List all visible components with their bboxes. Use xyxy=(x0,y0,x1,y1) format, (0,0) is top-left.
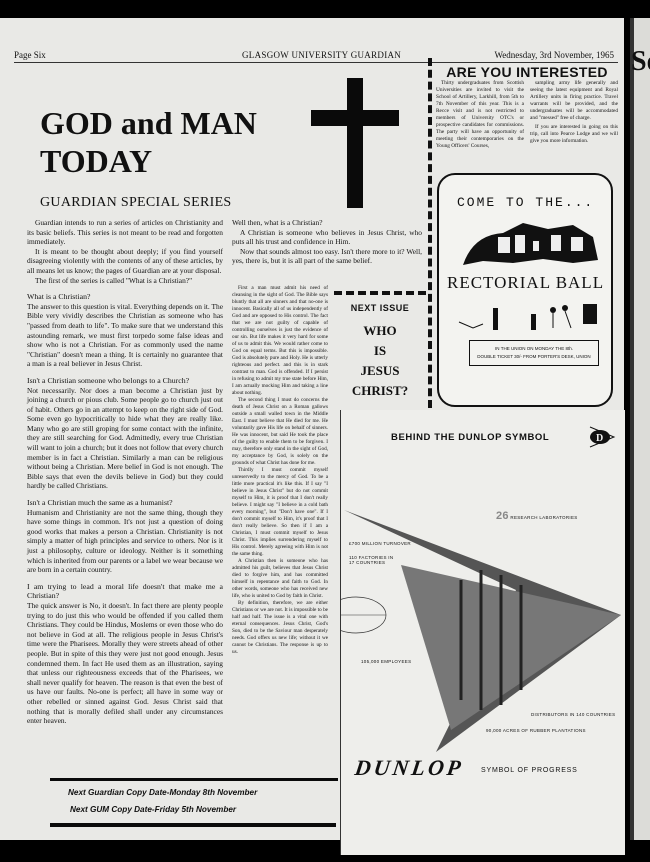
next-issue-line: JESUS xyxy=(334,361,426,381)
cross-icon xyxy=(347,78,363,208)
svg-text:D: D xyxy=(596,433,603,444)
building-illustration-icon xyxy=(453,215,603,273)
section-body: Now that sounds almost too easy. Isn't t… xyxy=(232,247,422,266)
ad-info-line: DOUBLE TICKET 30/- FROM PORTER'S DESK, U… xyxy=(473,353,595,361)
dunlop-stat-factories: 110 FACTORIES IN 17 COUNTRIES xyxy=(349,555,399,565)
dunlop-logo-icon: D xyxy=(588,425,616,449)
adjacent-page-edge: So xyxy=(630,18,650,840)
ad-headline: COME TO THE... xyxy=(457,195,594,210)
section-body: A Christian is someone who believes in J… xyxy=(232,228,422,247)
next-issue-line: WHO xyxy=(334,321,426,341)
next-issue-box: NEXT ISSUE WHO IS JESUS CHRIST? xyxy=(334,291,426,413)
dunlop-stat-research: 26 RESEARCH LABORATORIES xyxy=(496,510,578,522)
intro-paragraph: It is meant to be thought about deeply; … xyxy=(27,247,223,276)
section-heading: Isn't a Christian much the same as a hum… xyxy=(27,498,223,508)
body-paragraph: By definition, therefore, we are either … xyxy=(232,600,328,656)
section-body: The quick answer is No, it doesn't. In f… xyxy=(27,601,223,726)
newspaper-page: Page Six GLASGOW UNIVERSITY GUARDIAN Wed… xyxy=(0,18,624,840)
section-heading: Well then, what is a Christian? xyxy=(232,218,422,228)
dunlop-tagline: SYMBOL OF PROGRESS xyxy=(481,767,578,774)
body-paragraph: Thirdly I must commit myself unreservedl… xyxy=(232,467,328,558)
next-issue-title: WHO IS JESUS CHRIST? xyxy=(334,321,426,401)
paper-name: GLASGOW UNIVERSITY GUARDIAN xyxy=(242,50,401,60)
rectorial-ball-ad: COME TO THE... RECTORIAL BALL IN THE UNI… xyxy=(437,173,613,407)
ad-event-name: RECTORIAL BALL xyxy=(447,273,604,293)
issue-date: Wednesday, 3rd November, 1965 xyxy=(494,50,614,60)
ad-info-box: IN THE UNION ON MONDAY THE 8th. DOUBLE T… xyxy=(469,340,599,366)
notice-body: If you are interested in going on this t… xyxy=(530,124,618,145)
article-column-1: Guardian intends to run a series of arti… xyxy=(27,218,223,726)
section-body: Humanism and Christianity are not the sa… xyxy=(27,508,223,575)
research-count: 26 xyxy=(496,510,509,522)
article-headline: GOD and MAN TODAY xyxy=(40,104,257,180)
series-title: GUARDIAN SPECIAL SERIES xyxy=(40,195,232,211)
divider-rule xyxy=(50,778,338,781)
masthead: Page Six GLASGOW UNIVERSITY GUARDIAN Wed… xyxy=(14,48,618,63)
ad-info-line: IN THE UNION ON MONDAY THE 8th. xyxy=(473,345,595,353)
dunlop-wordmark: DUNLOP xyxy=(353,755,465,781)
article-column-2-intro: Well then, what is a Christian? A Christ… xyxy=(232,218,422,266)
headline-line-2: TODAY xyxy=(40,142,257,180)
section-body: Not necessarily. Nor does a man become a… xyxy=(27,386,223,492)
headline-line-1: GOD and MAN xyxy=(40,104,257,142)
gum-copy-date: Next GUM Copy Date-Friday 5th November xyxy=(70,805,236,814)
body-paragraph: The second thing I must do concerns the … xyxy=(232,397,328,467)
next-issue-line: CHRIST? xyxy=(334,381,426,401)
notice-body: sampling army life generally and seeing … xyxy=(530,80,618,122)
section-body: The answer to this question is vital. Ev… xyxy=(27,302,223,369)
section-heading: Isn't a Christian someone who belongs to… xyxy=(27,376,223,386)
notice-body: Thirty undergraduates from Scottish Univ… xyxy=(436,80,524,150)
dunlop-stat-turnover: £700 MILLION TURNOVER xyxy=(349,541,411,546)
body-paragraph: A Christian then is someone who has admi… xyxy=(232,558,328,600)
dunlop-ad-headline: BEHIND THE DUNLOP SYMBOL xyxy=(391,432,549,443)
next-issue-label: NEXT ISSUE xyxy=(334,303,426,313)
next-issue-line: IS xyxy=(334,341,426,361)
notice-heading: ARE YOU INTERESTED xyxy=(436,64,618,80)
dunlop-ad: BEHIND THE DUNLOP SYMBOL D 26 RESEARCH L… xyxy=(340,410,625,855)
cross-icon-bar xyxy=(311,110,399,126)
section-heading: What is a Christian? xyxy=(27,292,223,302)
dashed-divider xyxy=(428,58,432,408)
guardian-copy-date: Next Guardian Copy Date-Monday 8th Novem… xyxy=(68,788,257,797)
are-you-interested-notice: ARE YOU INTERESTED Thirty undergraduates… xyxy=(436,64,618,152)
dunlop-stat-plantations: 90,000 ACRES OF RUBBER PLANTATIONS xyxy=(486,728,586,733)
dunlop-stat-employees: 105,000 EMPLOYEES xyxy=(361,659,411,664)
intro-paragraph: The first of the series is called "What … xyxy=(27,276,223,286)
body-paragraph: First a man must admit his need of clean… xyxy=(232,285,328,397)
research-label: RESEARCH LABORATORIES xyxy=(510,515,577,520)
bottom-rule xyxy=(50,823,336,827)
section-heading: I am trying to lead a moral life doesn't… xyxy=(27,582,223,601)
dunlop-stat-distributors: DISTRIBUTORS IN 140 COUNTRIES xyxy=(531,712,615,717)
article-column-2-small: First a man must admit his need of clean… xyxy=(232,285,328,830)
page-number: Page Six xyxy=(14,50,46,60)
party-illustration-icon xyxy=(453,300,603,338)
intro-paragraph: Guardian intends to run a series of arti… xyxy=(27,218,223,247)
page-gutter xyxy=(630,18,634,840)
adjacent-headline-fragment: So xyxy=(631,46,650,78)
